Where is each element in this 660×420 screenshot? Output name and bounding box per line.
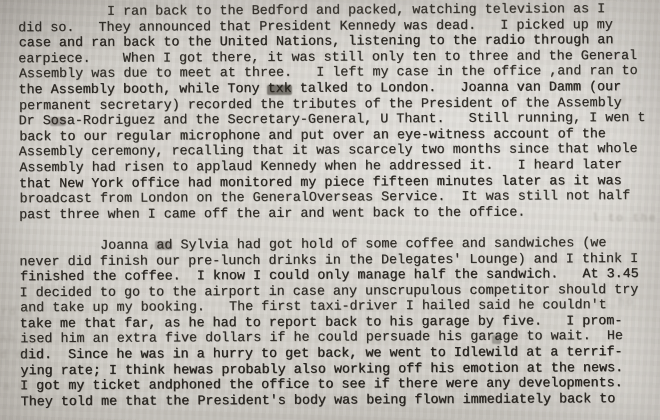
paragraph-2: Joanna ad Sylvia had got hold of some co… [19,236,647,411]
typewritten-page: I ran back to the Bedford and packed, wa… [0,0,660,420]
text-line: permanent secretary) recorded the tribut… [19,95,646,114]
text-line: case and ran back to the United Nations,… [19,33,646,52]
text-line: broadcast from London on the GeneralOver… [19,189,646,208]
text-line: ised him an extra five dollars if he cou… [20,329,647,348]
text-line: past three when I came off the air and w… [19,205,646,224]
text-line: I ran back to the Bedford and packed, wa… [19,2,646,21]
text-line: They told me that the President's body w… [21,392,648,411]
text-line: Assembly had risen to applaud Kennedy wh… [19,158,646,177]
text-line: Assembly was due to meet at three. I lef… [19,64,646,83]
text-line: ying rate; I think hewas probably also w… [20,361,647,380]
paragraph-1: I ran back to the Bedford and packed, wa… [18,2,646,224]
page-text: I ran back to the Bedford and packed, wa… [18,2,647,411]
text-line: Joanna ad Sylvia had got hold of some co… [20,236,647,255]
text-line: back to our regular microphone and put o… [19,127,646,146]
text-line: finished the coffee. I know I could only… [20,267,647,286]
text-line: and take up my booking. The first taxi-d… [20,298,647,317]
